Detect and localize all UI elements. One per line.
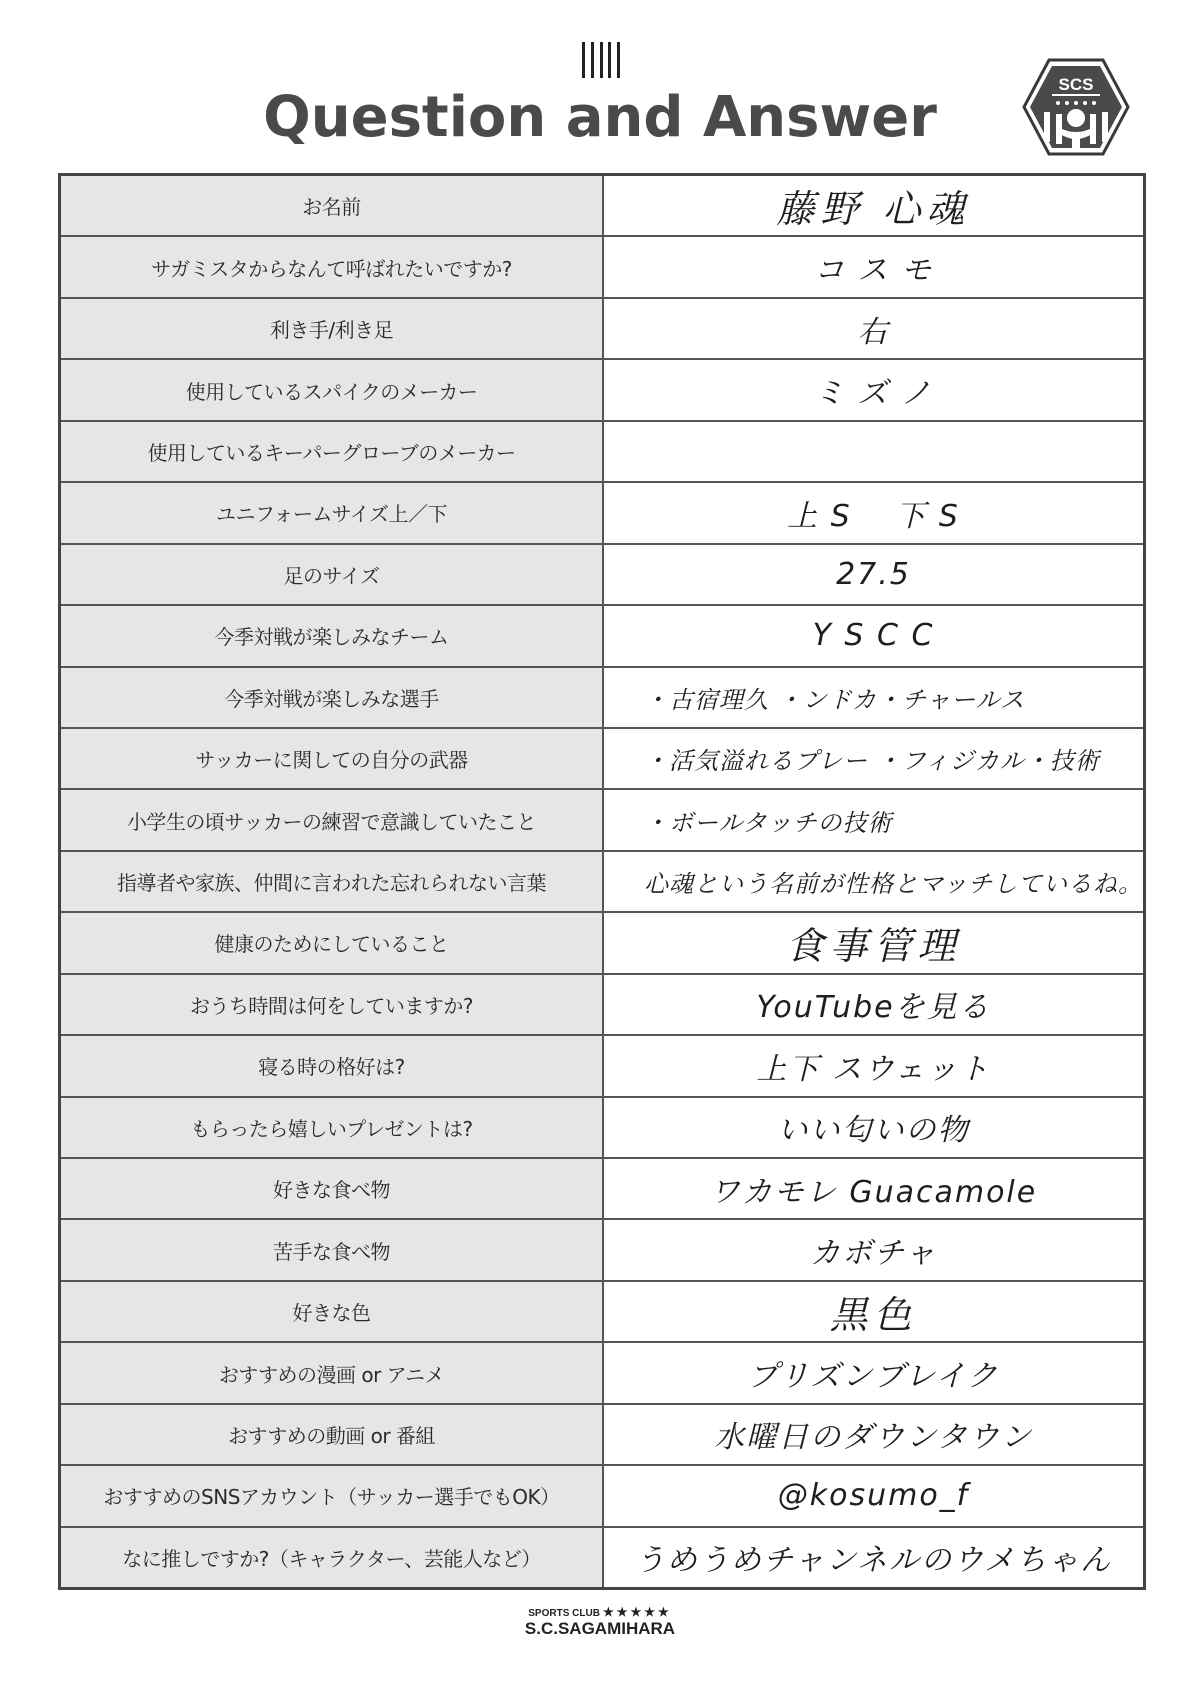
answer-field: YouTubeを見る <box>604 975 1143 1034</box>
question-label: 今季対戦が楽しみなチーム <box>61 606 604 665</box>
page-title: Question and Answer <box>0 86 1200 150</box>
footer-club-label-line: SPORTS CLUB★★★★★ <box>0 1606 1200 1620</box>
answer-field: 上下 スウェット <box>604 1036 1143 1095</box>
question-label: 足のサイズ <box>61 545 604 604</box>
question-label: おすすめの漫画 or アニメ <box>61 1343 604 1402</box>
tick-mark <box>591 42 594 78</box>
question-label: おすすめの動画 or 番組 <box>61 1405 604 1464</box>
question-label: 健康のためにしていること <box>61 913 604 972</box>
tick-mark <box>582 42 585 78</box>
answer-field: ・ボールタッチの技術 <box>604 790 1143 849</box>
question-label: 苦手な食べ物 <box>61 1220 604 1279</box>
answer-field: うめうめチャンネルのウメちゃん <box>604 1528 1143 1587</box>
qa-row-glove-maker: 使用しているキーパーグローブのメーカー <box>61 420 1143 481</box>
answer-field: コ ス モ <box>604 237 1143 296</box>
header-tick-marks <box>582 42 620 78</box>
qa-row-dominant-side: 利き手/利き足 右 <box>61 297 1143 358</box>
qa-row-uniform-size: ユニフォームサイズ上／下 上 S 下 S <box>61 481 1143 542</box>
answer-field: カボチャ <box>604 1220 1143 1279</box>
question-label: もらったら嬉しいプレゼントは? <box>61 1098 604 1157</box>
answer-field: 右 <box>604 299 1143 358</box>
question-label: おすすめのSNSアカウント（サッカー選手でもOK） <box>61 1466 604 1525</box>
question-label: おうち時間は何をしていますか? <box>61 975 604 1034</box>
answer-field: 黒色 <box>604 1282 1143 1341</box>
qa-row-rival-team: 今季対戦が楽しみなチーム Y S C C <box>61 604 1143 665</box>
footer-club-name: S.C.SAGAMIHARA <box>0 1620 1200 1638</box>
answer-field: 水曜日のダウンタウン <box>604 1405 1143 1464</box>
qa-row-manga-anime: おすすめの漫画 or アニメ プリズンブレイク <box>61 1341 1143 1402</box>
qa-row-nickname: サガミスタからなんて呼ばれたいですか? コ ス モ <box>61 235 1143 296</box>
qa-row-foot-size: 足のサイズ 27.5 <box>61 543 1143 604</box>
answer-field: 27.5 <box>604 545 1143 604</box>
logo-text: SCS <box>1059 75 1094 94</box>
qa-row-home-time: おうち時間は何をしていますか? YouTubeを見る <box>61 973 1143 1034</box>
answer-field: プリズンブレイク <box>604 1343 1143 1402</box>
qa-row-oshi: なに推しですか?（キャラクター、芸能人など） うめうめチャンネルのウメちゃん <box>61 1526 1143 1587</box>
question-label: 利き手/利き足 <box>61 299 604 358</box>
qa-table: お名前 藤野 心魂 サガミスタからなんて呼ばれたいですか? コ ス モ 利き手/… <box>58 173 1146 1590</box>
tick-mark <box>600 42 603 78</box>
answer-field: 心魂という名前が性格とマッチしているね。 <box>604 852 1143 911</box>
question-label: 使用しているキーパーグローブのメーカー <box>61 422 604 481</box>
answer-field: 藤野 心魂 <box>604 176 1143 235</box>
qa-row-favorite-color: 好きな色 黒色 <box>61 1280 1143 1341</box>
answer-field: 上 S 下 S <box>604 483 1143 542</box>
qa-row-favorite-food: 好きな食べ物 ワカモレ Guacamole <box>61 1157 1143 1218</box>
qa-row-health: 健康のためにしていること 食事管理 <box>61 911 1143 972</box>
club-emblem-icon: SCS <box>1022 58 1130 156</box>
answer-field: 食事管理 <box>604 913 1143 972</box>
question-label: 小学生の頃サッカーの練習で意識していたこと <box>61 790 604 849</box>
answer-field: ・活気溢れるプレー ・フィジカル・技術 <box>604 729 1143 788</box>
question-label: 今季対戦が楽しみな選手 <box>61 668 604 727</box>
qa-row-name: お名前 藤野 心魂 <box>61 176 1143 235</box>
question-label: サガミスタからなんて呼ばれたいですか? <box>61 237 604 296</box>
question-label: ユニフォームサイズ上／下 <box>61 483 604 542</box>
answer-field <box>604 422 1143 481</box>
qa-row-spike-maker: 使用しているスパイクのメーカー ミ ズ ノ <box>61 358 1143 419</box>
footer-club-label: SPORTS CLUB <box>528 1608 600 1619</box>
qa-row-sns-account: おすすめのSNSアカウント（サッカー選手でもOK） @kosumo_f <box>61 1464 1143 1525</box>
tick-mark <box>617 42 620 78</box>
answer-field: ワカモレ Guacamole <box>604 1159 1143 1218</box>
answer-field: ・古宿理久 ・ンドカ・チャールス <box>604 668 1143 727</box>
question-label: 好きな色 <box>61 1282 604 1341</box>
question-label: 使用しているスパイクのメーカー <box>61 360 604 419</box>
qa-row-video-program: おすすめの動画 or 番組 水曜日のダウンタウン <box>61 1403 1143 1464</box>
question-label: 寝る時の格好は? <box>61 1036 604 1095</box>
qa-row-strength: サッカーに関しての自分の武器 ・活気溢れるプレー ・フィジカル・技術 <box>61 727 1143 788</box>
question-label: 指導者や家族、仲間に言われた忘れられない言葉 <box>61 852 604 911</box>
qa-row-rival-player: 今季対戦が楽しみな選手 ・古宿理久 ・ンドカ・チャールス <box>61 666 1143 727</box>
footer-club-logo: SPORTS CLUB★★★★★ S.C.SAGAMIHARA <box>0 1606 1200 1638</box>
answer-field: いい匂いの物 <box>604 1098 1143 1157</box>
question-label: お名前 <box>61 176 604 235</box>
tick-mark <box>608 42 611 78</box>
answer-field: ミ ズ ノ <box>604 360 1143 419</box>
star-icon: ★★★★★ <box>603 1605 672 1619</box>
answer-field: Y S C C <box>604 606 1143 665</box>
question-label: なに推しですか?（キャラクター、芸能人など） <box>61 1528 604 1587</box>
question-label: 好きな食べ物 <box>61 1159 604 1218</box>
qa-row-disliked-food: 苦手な食べ物 カボチャ <box>61 1218 1143 1279</box>
question-label: サッカーに関しての自分の武器 <box>61 729 604 788</box>
qa-row-memorable-words: 指導者や家族、仲間に言われた忘れられない言葉 心魂という名前が性格とマッチしてい… <box>61 850 1143 911</box>
qa-row-present: もらったら嬉しいプレゼントは? いい匂いの物 <box>61 1096 1143 1157</box>
qa-row-sleepwear: 寝る時の格好は? 上下 スウェット <box>61 1034 1143 1095</box>
answer-field: @kosumo_f <box>604 1466 1143 1525</box>
qa-row-childhood-practice: 小学生の頃サッカーの練習で意識していたこと ・ボールタッチの技術 <box>61 788 1143 849</box>
